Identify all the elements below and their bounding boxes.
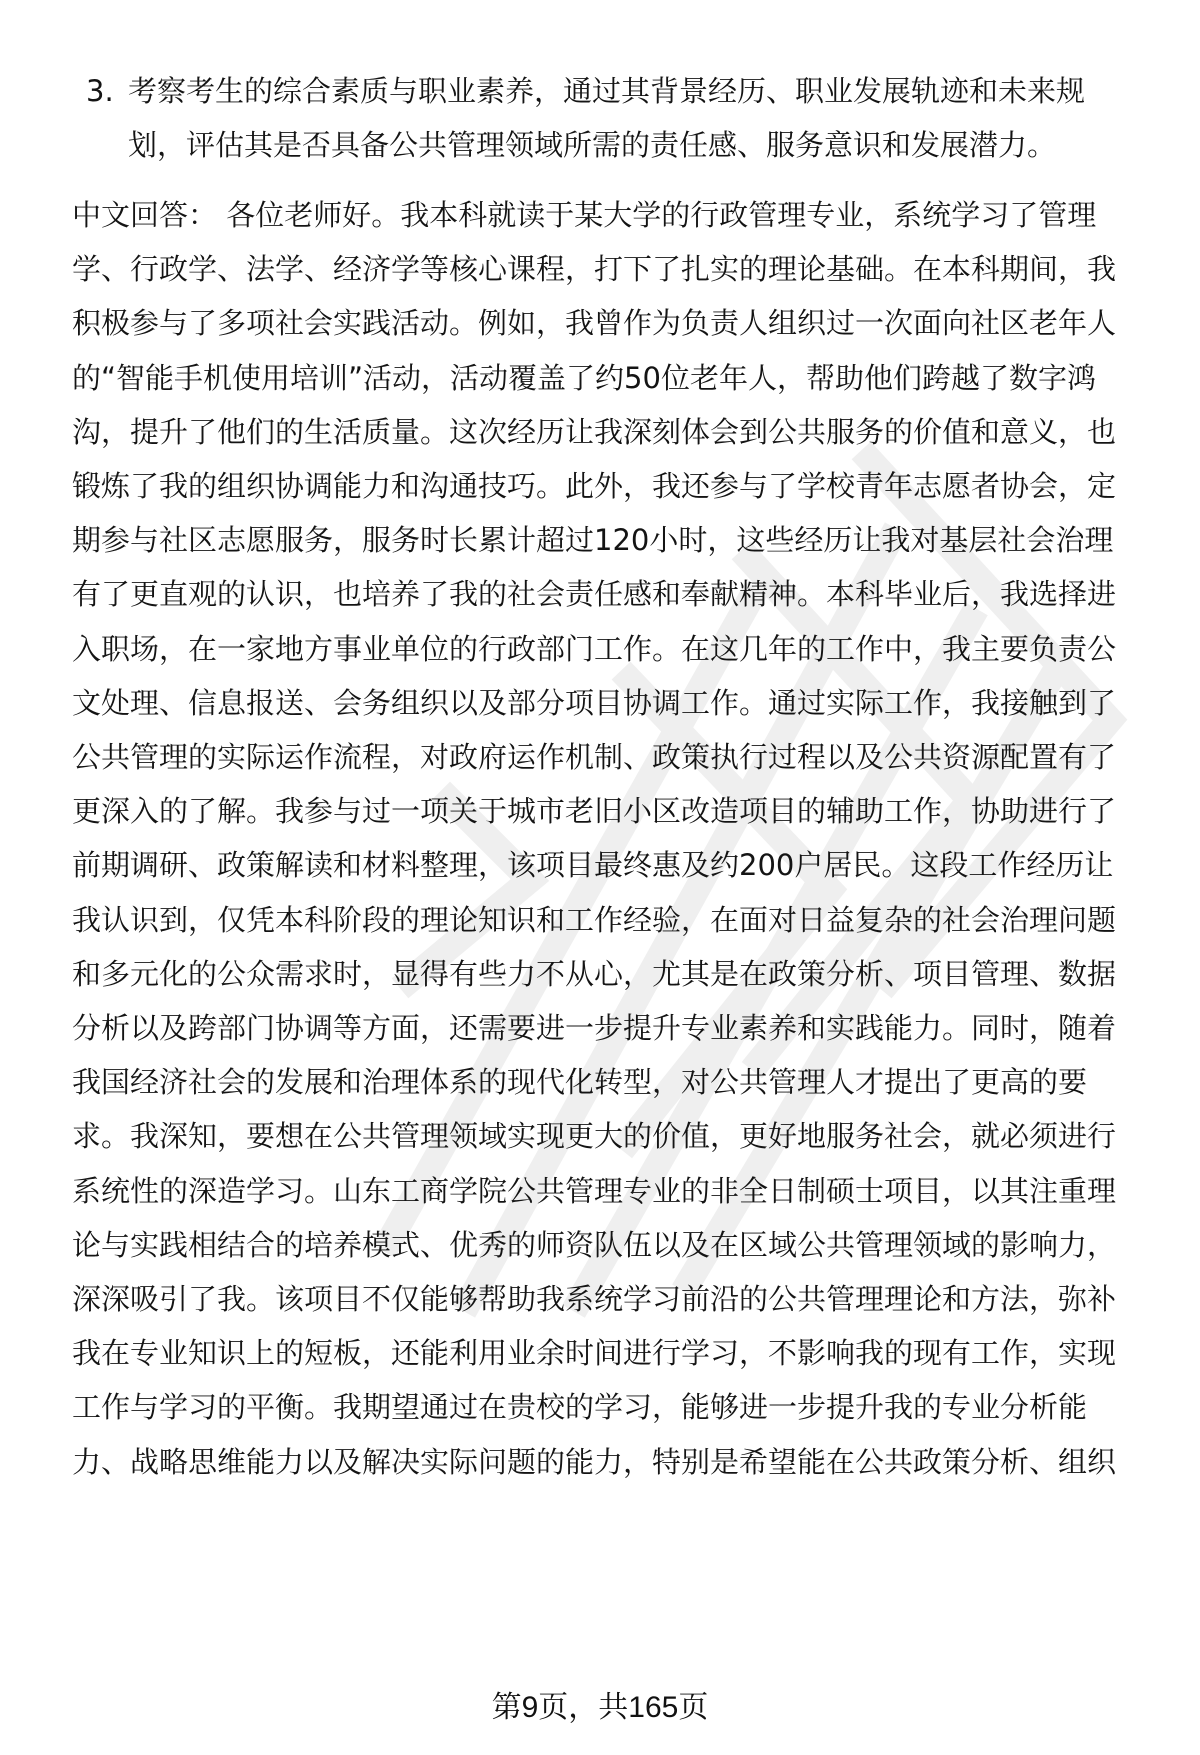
list-item-text: 考察考生的综合素质与职业素养，通过其背景经历、职业发展轨迹和未来规 划，评估其是… [128, 64, 1166, 172]
document-page: 3. 考察考生的综合素质与职业素养，通过其背景经历、职业发展轨迹和未来规 划，评… [0, 0, 1200, 1755]
text-line: 工作与学习的平衡。我期望通过在贵校的学习，能够进一步提升我的专业分析能 [72, 1380, 1162, 1434]
text-line: 前期调研、政策解读和材料整理，该项目最终惠及约200户居民。这段工作经历让 [72, 838, 1162, 892]
page-number-footer: 第9页，共165页 [0, 1688, 1200, 1728]
text-line: 力、战略思维能力以及解决实际问题的能力，特别是希望能在公共政策分析、组织 [72, 1435, 1162, 1489]
text-line: 有了更直观的认识，也培养了我的社会责任感和奉献精神。本科毕业后，我选择进 [72, 567, 1162, 621]
text-line: 积极参与了多项社会实践活动。例如，我曾作为负责人组织过一次面向社区老年人 [72, 296, 1162, 350]
text-line: 沟，提升了他们的生活质量。这次经历让我深刻体会到公共服务的价值和意义，也 [72, 405, 1162, 459]
text-line: 系统性的深造学习。山东工商学院公共管理专业的非全日制硕士项目，以其注重理 [72, 1164, 1162, 1218]
text-line: 论与实践相结合的培养模式、优秀的师资队伍以及在区域公共管理领域的影响力， [72, 1218, 1162, 1272]
text-line: 锻炼了我的组织协调能力和沟通技巧。此外，我还参与了学校青年志愿者协会，定 [72, 459, 1162, 513]
answer-paragraph: 中文回答： 各位老师好。我本科就读于某大学的行政管理专业，系统学习了管理 学、行… [72, 188, 1162, 1489]
text-line: 中文回答： 各位老师好。我本科就读于某大学的行政管理专业，系统学习了管理 [72, 188, 1162, 242]
text-line: 文处理、信息报送、会务组织以及部分项目协调工作。通过实际工作，我接触到了 [72, 676, 1162, 730]
list-number: 3. [86, 64, 126, 118]
text-line: 考察考生的综合素质与职业素养，通过其背景经历、职业发展轨迹和未来规 [128, 64, 1166, 118]
text-line: 深深吸引了我。该项目不仅能够帮助我系统学习前沿的公共管理理论和方法，弥补 [72, 1272, 1162, 1326]
text-line: 学、行政学、法学、经济学等核心课程，打下了扎实的理论基础。在本科期间，我 [72, 242, 1162, 296]
text-line: 更深入的了解。我参与过一项关于城市老旧小区改造项目的辅助工作，协助进行了 [72, 784, 1162, 838]
text-line: 分析以及跨部门协调等方面，还需要进一步提升专业素养和实践能力。同时，随着 [72, 1001, 1162, 1055]
text-line: 公共管理的实际运作流程，对政府运作机制、政策执行过程以及公共资源配置有了 [72, 730, 1162, 784]
text-line: 入职场，在一家地方事业单位的行政部门工作。在这几年的工作中，我主要负责公 [72, 622, 1162, 676]
text-line: 求。我深知，要想在公共管理领域实现更大的价值，更好地服务社会，就必须进行 [72, 1109, 1162, 1163]
text-line: 期参与社区志愿服务，服务时长累计超过120小时，这些经历让我对基层社会治理 [72, 513, 1162, 567]
text-line: 我在专业知识上的短板，还能利用业余时间进行学习，不影响我的现有工作，实现 [72, 1326, 1162, 1380]
text-line: 划，评估其是否具备公共管理领域所需的责任感、服务意识和发展潜力。 [128, 118, 1166, 172]
text-line: 我国经济社会的发展和治理体系的现代化转型，对公共管理人才提出了更高的要 [72, 1055, 1162, 1109]
text-line: 和多元化的公众需求时，显得有些力不从心，尤其是在政策分析、项目管理、数据 [72, 947, 1162, 1001]
text-line: 我认识到，仅凭本科阶段的理论知识和工作经验，在面对日益复杂的社会治理问题 [72, 893, 1162, 947]
numbered-list-item: 3. 考察考生的综合素质与职业素养，通过其背景经历、职业发展轨迹和未来规 划，评… [86, 64, 1166, 172]
text-line: 的“智能手机使用培训”活动，活动覆盖了约50位老年人，帮助他们跨越了数字鸿 [72, 351, 1162, 405]
